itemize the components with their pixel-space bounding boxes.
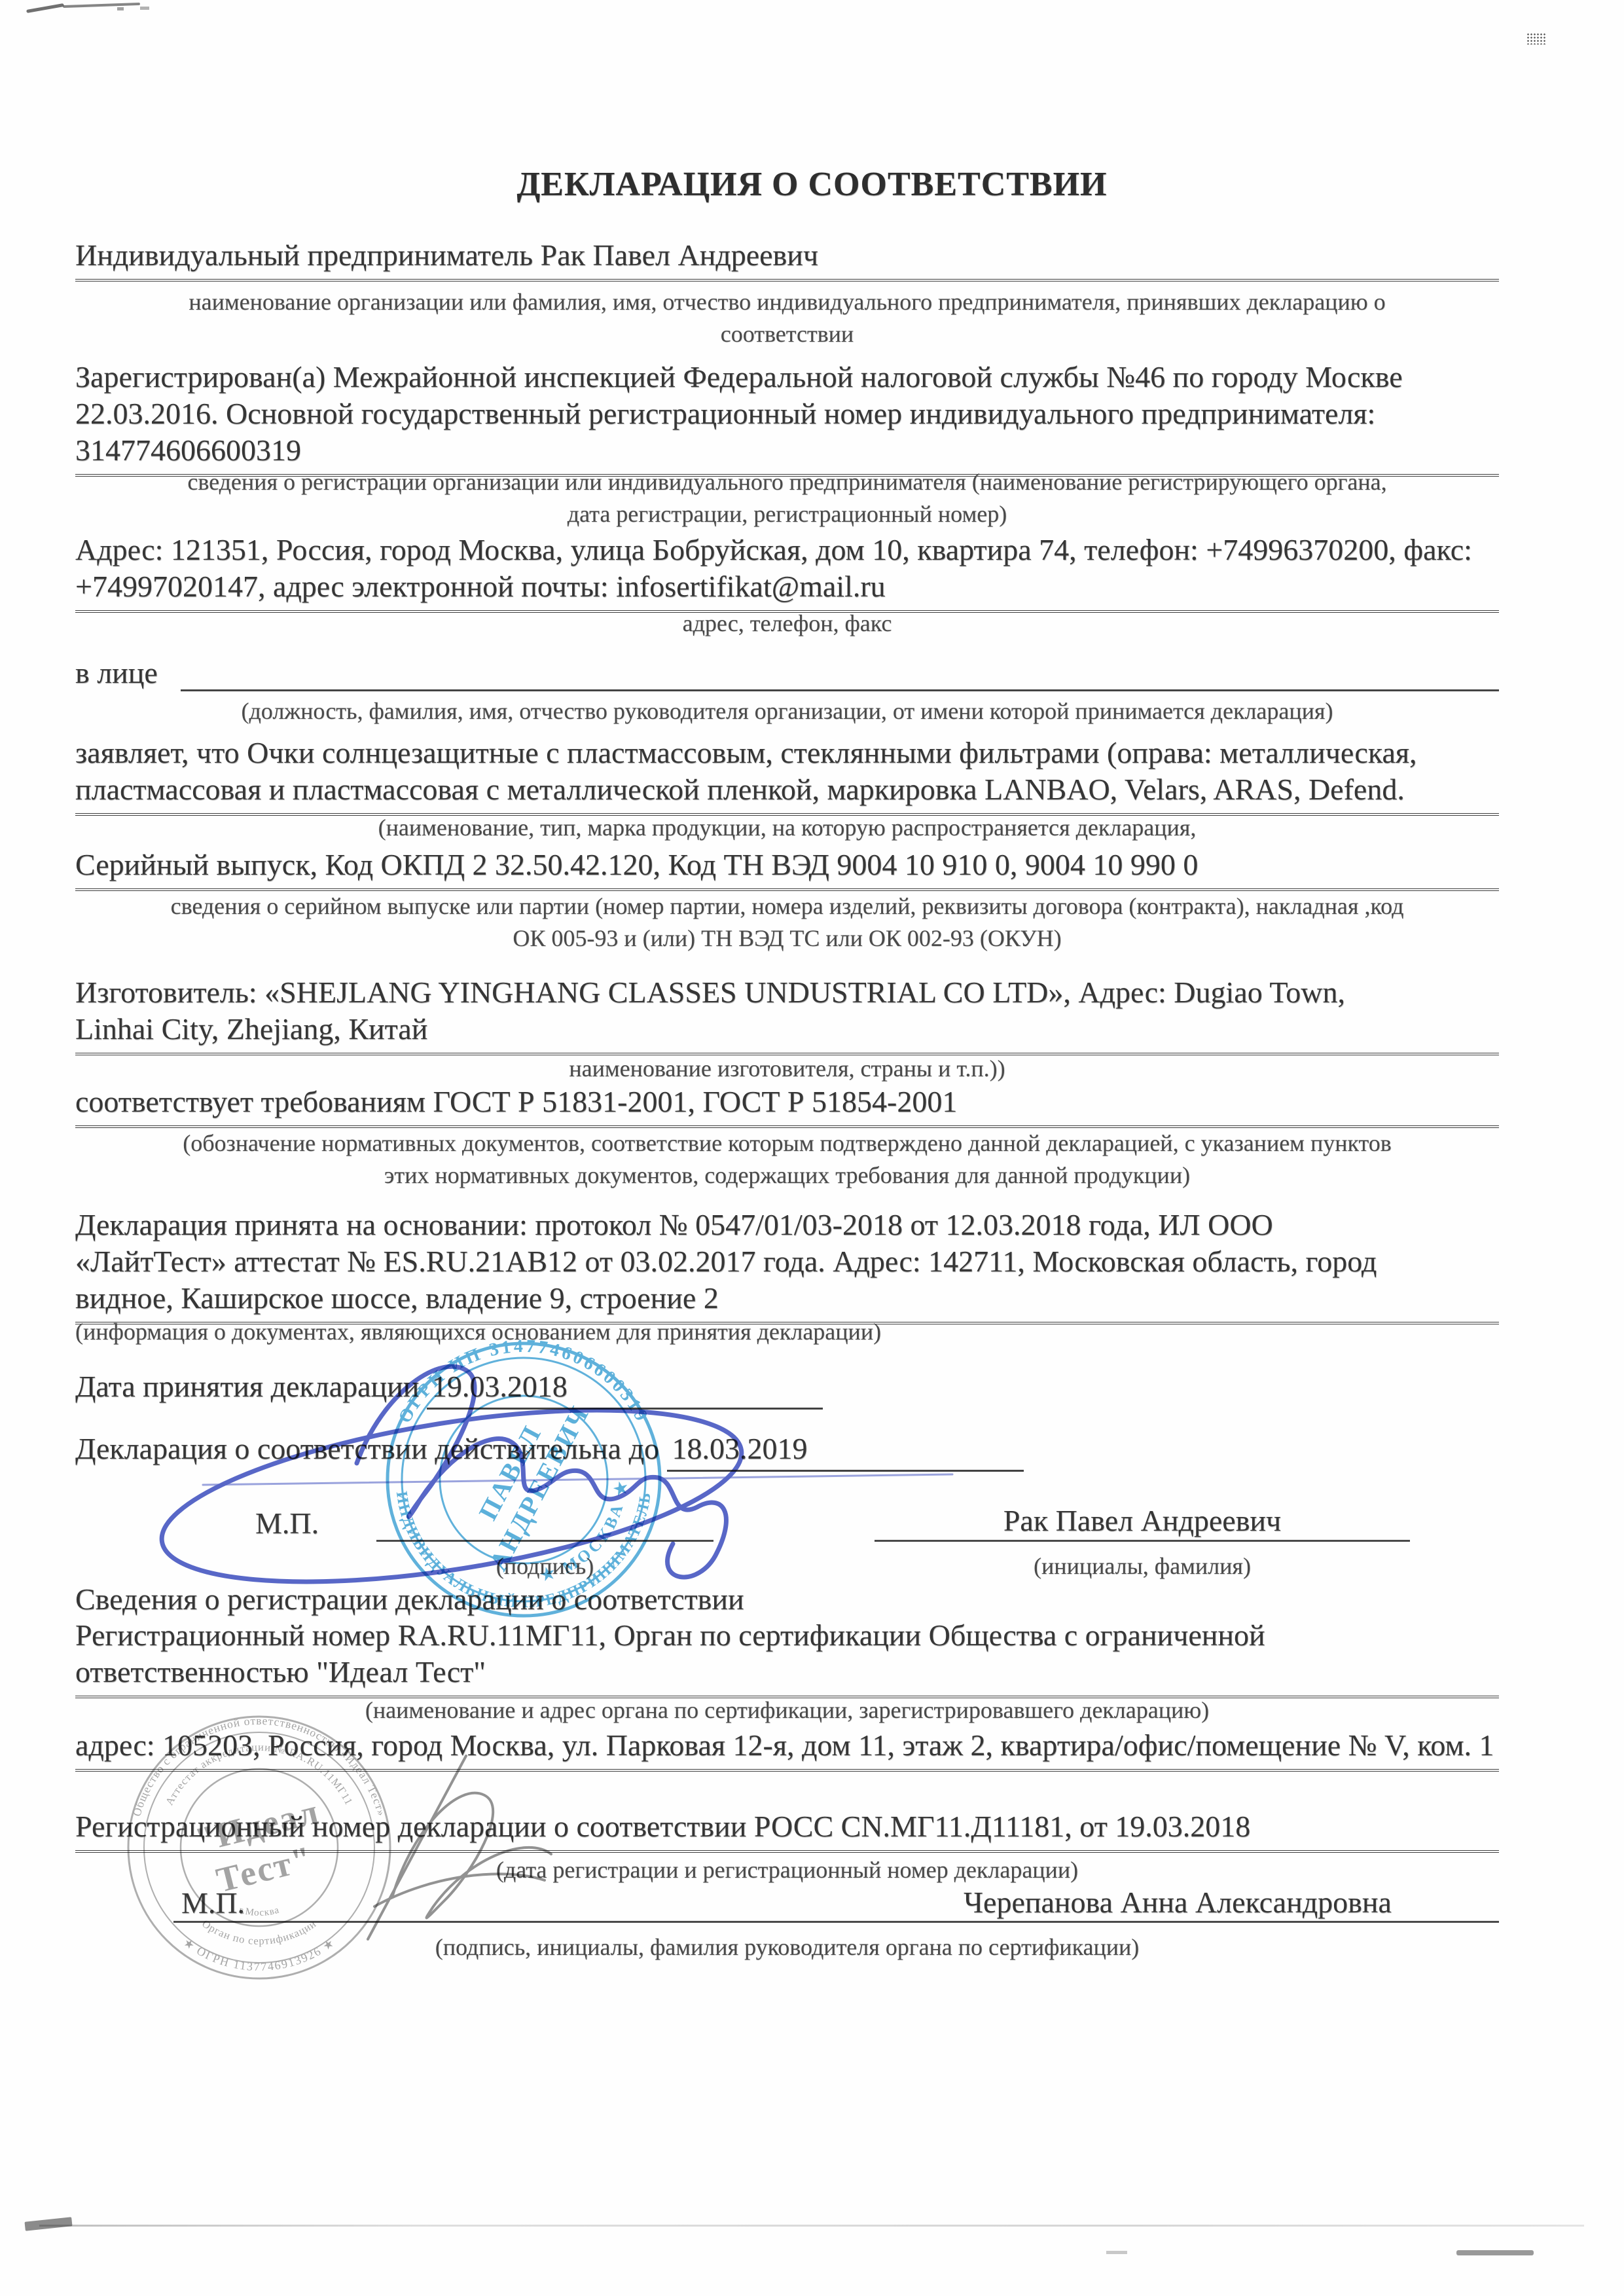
head-name-line: [875, 1506, 1410, 1542]
in-person-blank-line: [181, 655, 1499, 691]
basis-caption: (информация о документах, являющихся осн…: [75, 1316, 1499, 1348]
svg-text:Аттестат аккредитации № RA.RU.: Аттестат аккредитации № RA.RU.11МГ11: [163, 1741, 355, 1807]
compliance-block: соответствует требованиям ГОСТ Р 51831-2…: [75, 1084, 1499, 1128]
compliance-value: соответствует требованиям ГОСТ Р 51831-2…: [75, 1084, 1499, 1120]
acceptance-label: Дата принятия декларации: [75, 1370, 419, 1403]
scan-artifact: [63, 3, 140, 8]
manufacturer-caption: наименование изготовителя, страны и т.п.…: [75, 1053, 1499, 1085]
address-block: Адрес: 121351, Россия, город Москва, ули…: [75, 532, 1499, 613]
address-caption: адрес, телефон, факс: [75, 608, 1499, 640]
compliance-caption: (обозначение нормативных документов, соо…: [75, 1127, 1499, 1192]
blue-stamp-ring-top: ОГРН ИП 314774606600319: [395, 1339, 653, 1427]
basis-value: Декларация принята на основании: протоко…: [75, 1207, 1424, 1317]
serial-block: Серийный выпуск, Код ОКПД 2 32.50.42.120…: [75, 847, 1499, 891]
manufacturer-value: Изготовитель: «SHEJLANG YINGHANG CLASSES…: [75, 974, 1371, 1048]
serial-value: Серийный выпуск, Код ОКПД 2 32.50.42.120…: [75, 847, 1499, 883]
address-value: Адрес: 121351, Россия, город Москва, ули…: [75, 532, 1499, 605]
scan-artifact: [26, 3, 64, 13]
product-value: заявляет, что Очки солнцезащитные с плас…: [75, 735, 1499, 808]
scan-artifact: [140, 7, 149, 10]
scan-artifact: [24, 2217, 72, 2231]
in-person-label: в лице: [75, 655, 158, 691]
blue-round-stamp: ОГРН ИП 314774606600319 ★ ИНДИВИДУАЛЬНЫЙ…: [383, 1339, 664, 1620]
page-title: ДЕКЛАРАЦИЯ О СООТВЕТСТВИИ: [0, 165, 1624, 204]
black-stamp-ring-inner-bottom: Орган по сертификации: [200, 1917, 319, 1947]
manufacturer-block: Изготовитель: «SHEJLANG YINGHANG CLASSES…: [75, 974, 1499, 1055]
scan-artifact: [1106, 2251, 1127, 2254]
basis-block: Декларация принята на основании: протоко…: [75, 1207, 1499, 1324]
validity-date: 18.03.2019: [667, 1430, 1024, 1472]
declarant-value: Индивидуальный предприниматель Рак Павел…: [75, 238, 818, 272]
scanned-declaration-page: ДЕКЛАРАЦИЯ О СООТВЕТСТВИИ Индивидуальный…: [0, 0, 1624, 2296]
scan-artifact: [117, 7, 124, 10]
serial-caption: сведения о серийном выпуске или партии (…: [75, 890, 1499, 955]
product-block: заявляет, что Очки солнцезащитные с плас…: [75, 735, 1499, 816]
scan-artifact: [39, 2225, 1584, 2227]
scan-artifact: [1456, 2250, 1534, 2255]
scan-artifact: [1526, 33, 1546, 45]
black-stamp-ring-inner-top: Аттестат аккредитации № RA.RU.11МГ11: [163, 1741, 355, 1807]
black-stamp-ring-city: г.Москва: [238, 1905, 281, 1919]
head-name-caption: (инициалы, фамилия): [875, 1550, 1410, 1582]
seal-placeholder-mp-1: М.П.: [255, 1506, 319, 1540]
declarant-caption: наименование организации или фамилия, им…: [75, 286, 1499, 350]
validity-row: Декларация о соответствии действительна …: [75, 1430, 1499, 1472]
in-person-caption: (должность, фамилия, имя, отчество руков…: [75, 695, 1499, 727]
reg-section-heading: Сведения о регистрации декларации о соот…: [75, 1581, 1499, 1618]
svg-text:ОГРН ИП 314774606600319: ОГРН ИП 314774606600319: [395, 1339, 653, 1427]
declarant-line: Индивидуальный предприниматель Рак Павел…: [75, 237, 1499, 282]
black-round-stamp: Общество с ограниченной ответственностью…: [122, 1710, 397, 1985]
registration-caption: сведения о регистрации организации или и…: [75, 466, 1499, 530]
reg-org-block: Регистрационный номер RA.RU.11МГ11, Орга…: [75, 1617, 1499, 1698]
registration-block: Зарегистрирован(а) Межрайонной инспекцие…: [75, 359, 1499, 477]
product-caption: (наименование, тип, марка продукции, на …: [75, 812, 1499, 844]
in-person-row: в лице: [75, 655, 1499, 691]
svg-text:Орган по сертификации: Орган по сертификации: [200, 1917, 319, 1947]
acceptance-row: Дата принятия декларации 19.03.2018: [75, 1368, 1499, 1410]
reg-org-value: Регистрационный номер RA.RU.11МГ11, Орга…: [75, 1617, 1352, 1690]
registration-value: Зарегистрирован(а) Межрайонной инспекцие…: [75, 359, 1450, 469]
svg-text:г.Москва: г.Москва: [238, 1905, 281, 1919]
